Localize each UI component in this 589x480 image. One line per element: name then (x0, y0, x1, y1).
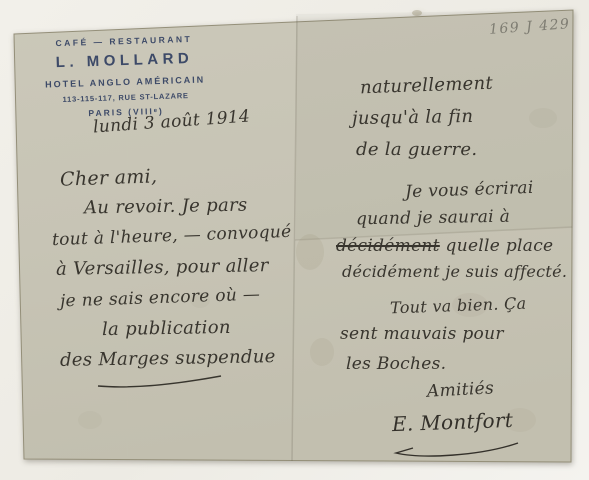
handwriting-line: de la guerre. (356, 139, 477, 160)
after-struck-text: quelle place (440, 236, 554, 256)
handwriting-line: Tout va bien. Ça (390, 294, 527, 318)
handwriting-line: décidément je suis affecté. (342, 262, 567, 281)
signature: E. Montfort (392, 408, 514, 436)
handwriting-line: à Versailles, pour aller (56, 255, 269, 280)
handwriting-line: Au revoir. Je pars (84, 195, 248, 219)
handwriting-line: les Boches. (346, 354, 446, 374)
letterhead-cafe-restaurant: CAFÉ — RESTAURANT (29, 33, 219, 49)
handwriting-line: sent mauvais pour (340, 324, 504, 344)
archive-reference: 169 J 429 (489, 16, 571, 38)
closing-line: Amitiés (427, 378, 495, 401)
handwriting-line: tout à l'heure, — convoqué (52, 222, 292, 250)
struck-word: décidément (336, 236, 440, 256)
handwriting-line-struck: décidément quelle place (336, 236, 553, 256)
handwriting-line: quand je saurai à (356, 207, 510, 230)
letterhead: CAFÉ — RESTAURANT L. MOLLARD HOTEL ANGLO… (29, 33, 221, 120)
salutation: Cher ami, (60, 165, 158, 190)
handwriting-line: la publication (102, 317, 231, 340)
letterhead-hotel: HOTEL ANGLO AMÉRICAIN (30, 74, 220, 90)
handwriting-line: naturellement (360, 73, 494, 99)
letterhead-address: 113-115-117, RUE ST-LAZARE (31, 90, 221, 105)
handwriting-line: Je vous écrirai (405, 178, 534, 202)
letterhead-name: L. MOLLARD (29, 49, 219, 72)
scanned-letter-page: CAFÉ — RESTAURANT L. MOLLARD HOTEL ANGLO… (0, 0, 589, 480)
letter-content: CAFÉ — RESTAURANT L. MOLLARD HOTEL ANGLO… (0, 0, 589, 480)
handwriting-line: je ne sais encore où — (60, 285, 261, 312)
handwriting-line: jusqu'à la fin (352, 106, 474, 129)
underline-flourish (95, 372, 225, 390)
signature-flourish (390, 440, 525, 460)
handwriting-line: des Marges suspendue (60, 346, 276, 371)
